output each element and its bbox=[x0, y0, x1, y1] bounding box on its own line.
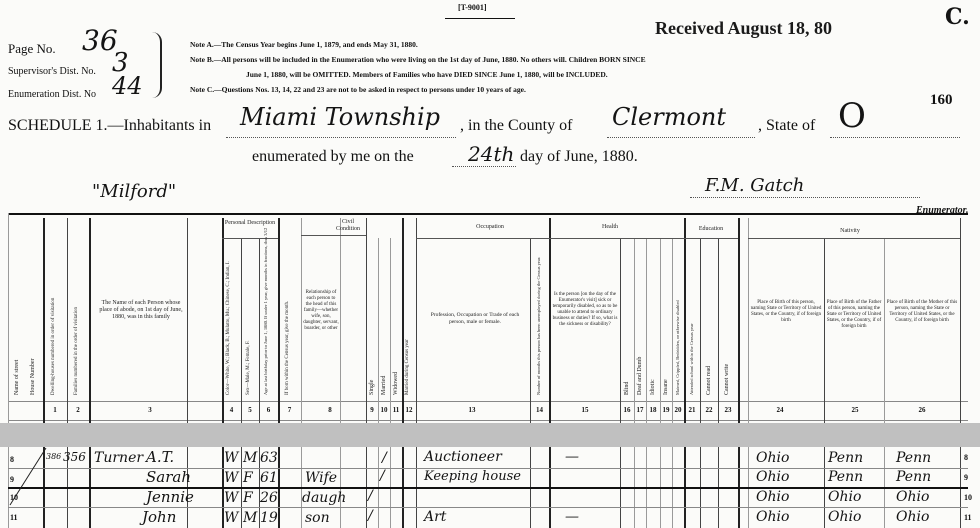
header-occupation: Occupation bbox=[450, 224, 530, 231]
relationship: son bbox=[305, 510, 330, 526]
mother-birthplace: Penn bbox=[896, 450, 931, 466]
sex: M bbox=[243, 510, 257, 526]
group-divider bbox=[222, 238, 278, 239]
state-value: O bbox=[838, 96, 866, 136]
given-name: Sarah bbox=[146, 468, 191, 486]
header-cannot-write: Cannot write bbox=[724, 364, 730, 395]
header-health: Health bbox=[580, 224, 640, 231]
table-top-border bbox=[8, 213, 968, 215]
col-border bbox=[824, 238, 825, 528]
column-number: 9 bbox=[366, 406, 378, 414]
color: W bbox=[224, 510, 238, 526]
birthplace: Ohio bbox=[756, 509, 789, 525]
col-border bbox=[718, 238, 719, 528]
column-number: 5 bbox=[241, 406, 259, 414]
col-border bbox=[301, 218, 302, 528]
header-education: Education bbox=[686, 226, 736, 233]
father-birthplace: Ohio bbox=[828, 509, 861, 525]
father-birthplace: Penn bbox=[828, 450, 863, 466]
header-blind: Blind bbox=[624, 382, 630, 395]
column-number: 3 bbox=[140, 406, 160, 414]
col-border bbox=[241, 238, 242, 528]
col-border bbox=[748, 218, 749, 528]
header-cannot-read: Cannot read bbox=[706, 366, 712, 395]
date-suffix: day of June, 1880. bbox=[520, 148, 638, 166]
col-border bbox=[530, 238, 531, 528]
group-divider bbox=[748, 238, 960, 239]
header-mother-birthplace: Place of Birth of the Mother of this per… bbox=[886, 300, 958, 324]
given-name: A.T. bbox=[146, 448, 174, 466]
col-border bbox=[646, 238, 647, 528]
col-border bbox=[634, 238, 635, 528]
column-number: 2 bbox=[68, 406, 88, 414]
header-father-birthplace: Place of Birth of the Father of this per… bbox=[826, 300, 882, 330]
occupation: Art bbox=[424, 509, 446, 525]
group-divider bbox=[549, 238, 684, 239]
line-number: 11 bbox=[10, 513, 18, 522]
column-number: 15 bbox=[575, 406, 595, 414]
header-single: Single bbox=[369, 380, 375, 395]
column-number: 7 bbox=[278, 406, 301, 414]
line-number-right: 11 bbox=[964, 513, 972, 522]
months-unemployed: — bbox=[565, 449, 579, 465]
mother-birthplace: Ohio bbox=[896, 509, 929, 525]
header-dwelling-number: Dwelling-houses numbered in order of vis… bbox=[51, 298, 56, 395]
mother-birthplace: Penn bbox=[896, 469, 931, 485]
column-number: 10 bbox=[378, 406, 390, 414]
corner-mark: C. bbox=[945, 4, 970, 30]
relationship: Wife bbox=[305, 470, 337, 486]
header-insane: Insane bbox=[663, 379, 669, 395]
given-name: Jennie bbox=[146, 488, 194, 506]
sex: F bbox=[243, 490, 253, 506]
image-gap-band bbox=[0, 423, 980, 447]
place-note: "Milford" bbox=[92, 181, 176, 202]
header-street: Name of street bbox=[14, 360, 20, 395]
color: W bbox=[224, 470, 238, 486]
age: 63 bbox=[260, 450, 278, 466]
header-birthplace: Place of Birth of this person, naming St… bbox=[750, 300, 822, 324]
district-brace bbox=[152, 32, 162, 98]
column-number: 13 bbox=[462, 406, 482, 414]
header-personal-description: Personal Description bbox=[224, 220, 276, 227]
header-sex: Sex—Male, M.; Female, F. bbox=[246, 341, 251, 395]
note-c: Note C.—Questions Nos. 13, 14, 22 and 23… bbox=[190, 85, 526, 94]
mother-birthplace: Ohio bbox=[896, 489, 929, 505]
header-family-number: Families numbered in the order of visita… bbox=[74, 307, 79, 395]
state-label: , State of bbox=[758, 117, 815, 135]
col-border bbox=[960, 218, 961, 528]
enumeration-dist-value: 44 bbox=[112, 72, 143, 100]
pen-stroke bbox=[8, 440, 48, 510]
col-border bbox=[67, 218, 68, 528]
received-stamp: Received August 18, 80 bbox=[655, 18, 832, 39]
column-number: 8 bbox=[320, 406, 340, 414]
column-number: 11 bbox=[390, 406, 402, 414]
col-border bbox=[340, 218, 341, 528]
county-field-line bbox=[607, 137, 755, 138]
col-border bbox=[390, 238, 391, 528]
township-field-line bbox=[226, 137, 456, 138]
supervisor-dist-label: Supervisor's Dist. No. bbox=[8, 66, 96, 77]
header-married: Married bbox=[381, 376, 387, 395]
header-civil-condition: Civil Condition bbox=[330, 219, 366, 233]
age: 26 bbox=[260, 490, 278, 506]
father-birthplace: Ohio bbox=[828, 489, 861, 505]
day-field-line bbox=[452, 166, 516, 167]
months-unemployed: — bbox=[565, 509, 579, 525]
married-mark: / bbox=[382, 450, 387, 466]
enumeration-dist-label: Enumeration Dist. No bbox=[8, 89, 96, 100]
header-sickness: Is the person [on the day of the Enumera… bbox=[552, 292, 618, 328]
surname: Turner bbox=[94, 450, 143, 466]
birthplace: Ohio bbox=[756, 469, 789, 485]
county-label: , in the County of bbox=[460, 117, 572, 135]
header-occupation-trade: Profession, Occupation or Trade of each … bbox=[425, 312, 525, 326]
relationship: daugh bbox=[302, 490, 346, 506]
col-border bbox=[672, 238, 673, 528]
column-number: 17 bbox=[634, 406, 646, 414]
sex: M bbox=[243, 450, 257, 466]
color: W bbox=[224, 450, 238, 466]
col-border bbox=[684, 218, 686, 528]
age: 19 bbox=[260, 510, 278, 526]
sex: F bbox=[243, 470, 253, 486]
enumerator-signature-line bbox=[690, 197, 920, 198]
township-value: Miami Township bbox=[240, 103, 440, 131]
line-number-right: 8 bbox=[964, 453, 968, 462]
header-color: Color—White, W.; Black, B.; Mulatto, Mu.… bbox=[226, 261, 231, 395]
col-border bbox=[700, 238, 701, 528]
col-border bbox=[738, 218, 740, 528]
column-number: 16 bbox=[620, 406, 634, 414]
note-b-line2: June 1, 1880, will be OMITTED. Members o… bbox=[246, 70, 608, 79]
header-deaf-dumb: Deaf and Dumb bbox=[637, 357, 643, 395]
header-widowed: Widowed bbox=[393, 372, 399, 395]
county-value: Clermont bbox=[612, 103, 726, 131]
col-border bbox=[660, 238, 661, 528]
column-number: 22 bbox=[700, 406, 718, 414]
birthplace: Ohio bbox=[756, 489, 789, 505]
enumerator-signature: F.M. Gatch bbox=[705, 175, 804, 196]
enumerated-label: enumerated by me on the bbox=[252, 148, 414, 166]
header-attended-school: Attended school within the Census year bbox=[689, 323, 694, 395]
occupation: Auctioneer bbox=[424, 449, 502, 465]
header-born-census-year: If born within the Census year, give the… bbox=[285, 301, 290, 395]
single-mark: / bbox=[368, 488, 373, 504]
col-border bbox=[402, 218, 404, 528]
column-number: 18 bbox=[646, 406, 660, 414]
group-divider bbox=[684, 238, 738, 239]
group-divider bbox=[416, 238, 549, 239]
color: W bbox=[224, 490, 238, 506]
col-border bbox=[366, 218, 367, 528]
dwelling-number: 386 bbox=[46, 452, 61, 461]
archive-stamp: [T-9001] bbox=[458, 3, 487, 12]
line-number-right: 10 bbox=[964, 493, 972, 502]
col-border bbox=[549, 218, 551, 528]
state-field-line bbox=[830, 137, 960, 138]
column-number: 4 bbox=[222, 406, 241, 414]
age: 61 bbox=[260, 470, 278, 486]
header-nativity: Nativity bbox=[820, 228, 880, 235]
header-name: The Name of each Person whose place of a… bbox=[96, 300, 186, 321]
column-number: 14 bbox=[530, 406, 549, 414]
header-idiotic: Idiotic bbox=[650, 379, 656, 395]
married-mark: / bbox=[380, 468, 385, 484]
header-age: Age at last birthday prior to June 1, 18… bbox=[263, 228, 268, 395]
group-divider bbox=[301, 235, 366, 236]
column-number: 21 bbox=[684, 406, 700, 414]
header-house-number: House Number bbox=[30, 359, 36, 396]
column-number: 25 bbox=[845, 406, 865, 414]
header-married-census-year: Married during Census year bbox=[405, 339, 410, 395]
header-relationship: Relationship of each person to the head … bbox=[303, 290, 339, 332]
sheet-number: 160 bbox=[930, 92, 953, 109]
given-name: John bbox=[142, 508, 176, 526]
stamp-underline bbox=[445, 18, 515, 19]
occupation: Keeping house bbox=[424, 469, 521, 484]
column-number: 19 bbox=[660, 406, 672, 414]
page-no-label: Page No. bbox=[8, 41, 56, 57]
column-number: 20 bbox=[672, 406, 684, 414]
single-mark: / bbox=[368, 508, 373, 524]
day-value: 24th bbox=[468, 142, 514, 166]
note-b-line1: Note B.—All persons will be included in … bbox=[190, 55, 646, 64]
col-border bbox=[884, 238, 885, 528]
schedule-label: SCHEDULE 1.—Inhabitants in bbox=[8, 117, 211, 135]
header-months-unemployed: Number of months this person has been un… bbox=[536, 257, 541, 395]
col-border bbox=[378, 238, 379, 528]
column-number: 24 bbox=[770, 406, 790, 414]
note-a: Note A.—The Census Year begins June 1, 1… bbox=[190, 40, 418, 49]
father-birthplace: Penn bbox=[828, 469, 863, 485]
column-number: 12 bbox=[402, 406, 416, 414]
column-number: 23 bbox=[718, 406, 738, 414]
col-border bbox=[416, 218, 417, 528]
col-border bbox=[89, 218, 91, 528]
birthplace: Ohio bbox=[756, 450, 789, 466]
column-number: 1 bbox=[45, 406, 65, 414]
family-number: 356 bbox=[63, 450, 86, 464]
header-maimed: Maimed, Crippled, Bedridden, or otherwis… bbox=[675, 300, 680, 395]
col-border bbox=[278, 218, 280, 528]
line-number-right: 9 bbox=[964, 473, 968, 482]
col-border bbox=[620, 238, 621, 528]
column-number: 26 bbox=[912, 406, 932, 414]
column-number: 6 bbox=[259, 406, 278, 414]
